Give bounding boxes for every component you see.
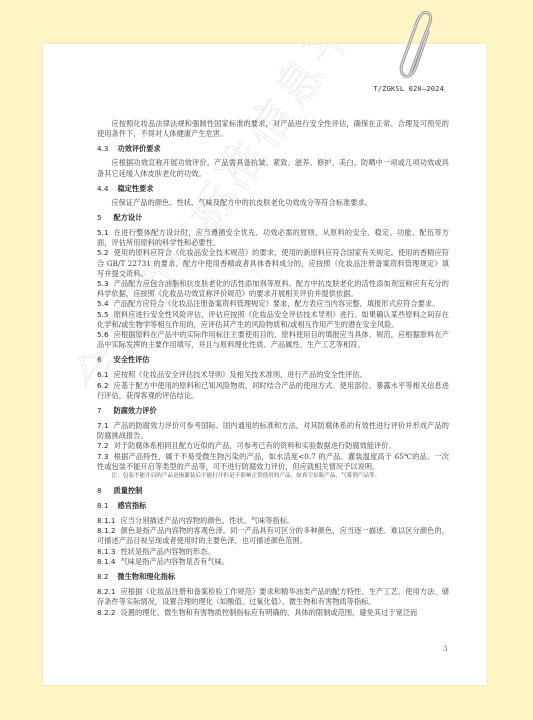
- heading-7: 7 防腐效力评价: [97, 406, 449, 416]
- clause-number: 8.1.3: [97, 547, 116, 556]
- heading-title: 微生物和理化指标: [118, 572, 176, 581]
- heading-number: 7: [97, 406, 111, 416]
- document-page: 全国团体标准信息平台 T/ZGKSL 020—2024 应按照化妆品法律法规和强…: [43, 44, 487, 685]
- heading-4-4: 4.4 稳定性要求: [97, 184, 449, 194]
- clause-number: 5.5: [97, 310, 109, 319]
- heading-title: 质量控制: [114, 486, 143, 495]
- note-7: 注：包装不能开启的产品是指灌装后不能打开但是不影响正常使用的产品，如真空泵瓶产品…: [97, 472, 449, 481]
- heading-8-1: 8.1 感官指标: [97, 501, 449, 511]
- clause-text: 在进行整体配方设计时，应当遵循安全优先、功效必需的原则，从原料的安全、稳定、功能…: [97, 228, 449, 247]
- clause-text: 应基于配方中使用的原料和已知风险物质，同时结合产品的使用方式、使用部位、暴露水平…: [97, 381, 449, 400]
- clause-number: 8.1.2: [97, 526, 116, 535]
- clause-7-3: 7.3根据产品特性，属于不易受微生物污染的产品，如水活度<0.7 的产品、灌装温…: [97, 452, 449, 472]
- clause-text: 性状是指产品内容物的形态。: [121, 547, 215, 556]
- clause-text: 使用的原料应符合《化妆品安全技术规范》的要求，使用的新原料应符合国家有关规定。使…: [97, 248, 449, 277]
- heading-number: 4.3: [97, 144, 115, 154]
- heading-title: 稳定性要求: [118, 184, 154, 193]
- clause-text: 原料应进行安全性风险评估，评估应按照《化妆品安全评估技术导则》进行。如果确认某些…: [97, 310, 449, 329]
- clause-number: 8.1.1: [97, 516, 116, 525]
- paragraph-4-4: 应保证产品的颜色、性状、气味及配方中的抗皮肤老化功效成分等符合标准要求。: [97, 198, 449, 208]
- clause-5-5: 5.5原料应进行安全性风险评估，评估应按照《化妆品安全评估技术导则》进行。如果确…: [97, 310, 449, 330]
- heading-8: 8 质量控制: [97, 486, 449, 496]
- heading-number: 8.1: [97, 501, 115, 511]
- heading-5: 5 配方设计: [97, 213, 449, 223]
- clause-5-4: 5.4产品配方应符合《化妆品注册备案资料管理规定》要求，配方表应当内容完整，填报…: [97, 299, 449, 309]
- clause-8-1-2: 8.1.2颜色是指产品内容物的客观色泽。同一产品具有可区分的多种颜色，应当逐一描…: [97, 526, 449, 546]
- heading-8-2: 8.2 微生物和理化指标: [97, 572, 449, 582]
- clause-number: 8.2.2: [97, 608, 116, 617]
- clause-8-2-1: 8.2.1应根据《化妆品注册和备案检验工作规范》要求和精华油类产品的配方特性、生…: [97, 587, 449, 607]
- heading-title: 安全性评估: [114, 355, 150, 364]
- heading-number: 8.2: [97, 572, 115, 582]
- clause-8-1-3: 8.1.3性状是指产品内容物的形态。: [97, 547, 449, 557]
- heading-4-3: 4.3 功效评价要求: [97, 144, 449, 154]
- clause-text: 应按照《化妆品安全评估技术导则》及相关技术准则，进行产品的安全性评估。: [114, 370, 367, 379]
- clause-8-1-4: 8.1.4气味是指产品内容物是否有气味。: [97, 557, 449, 567]
- clause-text: 根据产品特性，属于不易受微生物污染的产品，如水活度<0.7 的产品、灌装温度高于…: [97, 452, 449, 471]
- heading-title: 功效评价要求: [118, 144, 161, 153]
- clause-6-2: 6.2应基于配方中使用的原料和已知风险物质，同时结合产品的使用方式、使用部位、暴…: [97, 381, 449, 401]
- clause-number: 7.2: [97, 441, 109, 450]
- clause-number: 6.2: [97, 381, 109, 390]
- clause-8-1-1: 8.1.1应当分别描述产品内容物的颜色、性状、气味等指标。: [97, 516, 449, 526]
- heading-title: 感官指标: [118, 501, 147, 510]
- heading-6: 6 安全性评估: [97, 355, 449, 365]
- heading-number: 6: [97, 355, 111, 365]
- paragraph-4-3: 应根据功效宣称开展功效评价，产品需具备抗皱、紧致、滋养、修护、美白、防晒中一项或…: [97, 158, 449, 178]
- clause-text: 产品的防腐效力评价可参考国际、国内通用的标准和方法，对其防腐体系的有效性进行评价…: [97, 421, 449, 440]
- clause-text: 应根据原料在产品中的实际作用标注主要使用目的，原料使用目的填报应当具体、规范，应…: [97, 330, 449, 349]
- clause-text: 对于防腐体系相同且配方近似的产品，可参考已有的资料和实验数据进行防腐效能评价。: [114, 441, 396, 450]
- heading-number: 5: [97, 213, 111, 223]
- clause-7-1: 7.1产品的防腐效力评价可参考国际、国内通用的标准和方法，对其防腐体系的有效性进…: [97, 421, 449, 441]
- clause-5-1: 5.1在进行整体配方设计时，应当遵循安全优先、功效必需的原则，从原料的安全、稳定…: [97, 228, 449, 248]
- clause-text: 颜色是指产品内容物的客观色泽。同一产品具有可区分的多种颜色，应当逐一描述。难以区…: [97, 526, 449, 545]
- clause-number: 5.3: [97, 279, 109, 288]
- clause-8-2-2: 8.2.2设置的理化、微生物和有害物质控制指标应有明确的、具体的限制或范围，避免…: [97, 608, 449, 618]
- clause-number: 8.1.4: [97, 557, 116, 566]
- clause-text: 应当分别描述产品内容物的颜色、性状、气味等指标。: [121, 516, 295, 525]
- clause-number: 5.1: [97, 228, 109, 237]
- heading-number: 8: [97, 486, 111, 496]
- heading-title: 配方设计: [114, 213, 143, 222]
- clause-7-2: 7.2对于防腐体系相同且配方近似的产品，可参考已有的资料和实验数据进行防腐效能评…: [97, 441, 449, 451]
- intro-paragraph: 应按照化妆品法律法规和强制性国家标准的要求，对产品进行安全性评估，确保在正常、合…: [97, 119, 449, 139]
- document-content: 应按照化妆品法律法规和强制性国家标准的要求，对产品进行安全性评估，确保在正常、合…: [97, 119, 449, 618]
- clause-text: 产品配方应符合《化妆品注册备案资料管理规定》要求，配方表应当内容完整，填报形式应…: [114, 299, 440, 308]
- clause-number: 5.2: [97, 248, 109, 257]
- clause-5-3: 5.3产品配方应包含油脂和抗皮肤老化的活性添加剂等原料。配方中抗皮肤老化的活性添…: [97, 279, 449, 299]
- clause-number: 7.3: [97, 452, 109, 461]
- clause-5-2: 5.2使用的原料应符合《化妆品安全技术规范》的要求，使用的新原料应符合国家有关规…: [97, 248, 449, 279]
- heading-title: 防腐效力评价: [114, 406, 157, 415]
- clause-number: 6.1: [97, 370, 109, 379]
- clause-text: 设置的理化、微生物和有害物质控制指标应有明确的、具体的限制或范围，避免其过于宽泛…: [121, 608, 418, 617]
- paperclip-icon: [396, 8, 444, 82]
- clause-text: 产品配方应包含油脂和抗皮肤老化的活性添加剂等原料。配方中抗皮肤老化的活性添加剂宜…: [97, 279, 449, 298]
- clause-text: 气味是指产品内容物是否有气味。: [121, 557, 230, 566]
- clause-number: 5.6: [97, 330, 109, 339]
- clause-number: 8.2.1: [97, 587, 116, 596]
- clause-text: 应根据《化妆品注册和备案检验工作规范》要求和精华油类产品的配方特性、生产工艺、使…: [97, 587, 449, 606]
- clause-number: 7.1: [97, 421, 109, 430]
- clause-6-1: 6.1应按照《化妆品安全评估技术导则》及相关技术准则，进行产品的安全性评估。: [97, 370, 449, 380]
- clause-number: 5.4: [97, 299, 109, 308]
- document-code: T/ZGKSL 020—2024: [373, 85, 444, 93]
- page-number: 3: [443, 645, 447, 653]
- heading-number: 4.4: [97, 184, 115, 194]
- clause-5-6: 5.6应根据原料在产品中的实际作用标注主要使用目的，原料使用目的填报应当具体、规…: [97, 330, 449, 350]
